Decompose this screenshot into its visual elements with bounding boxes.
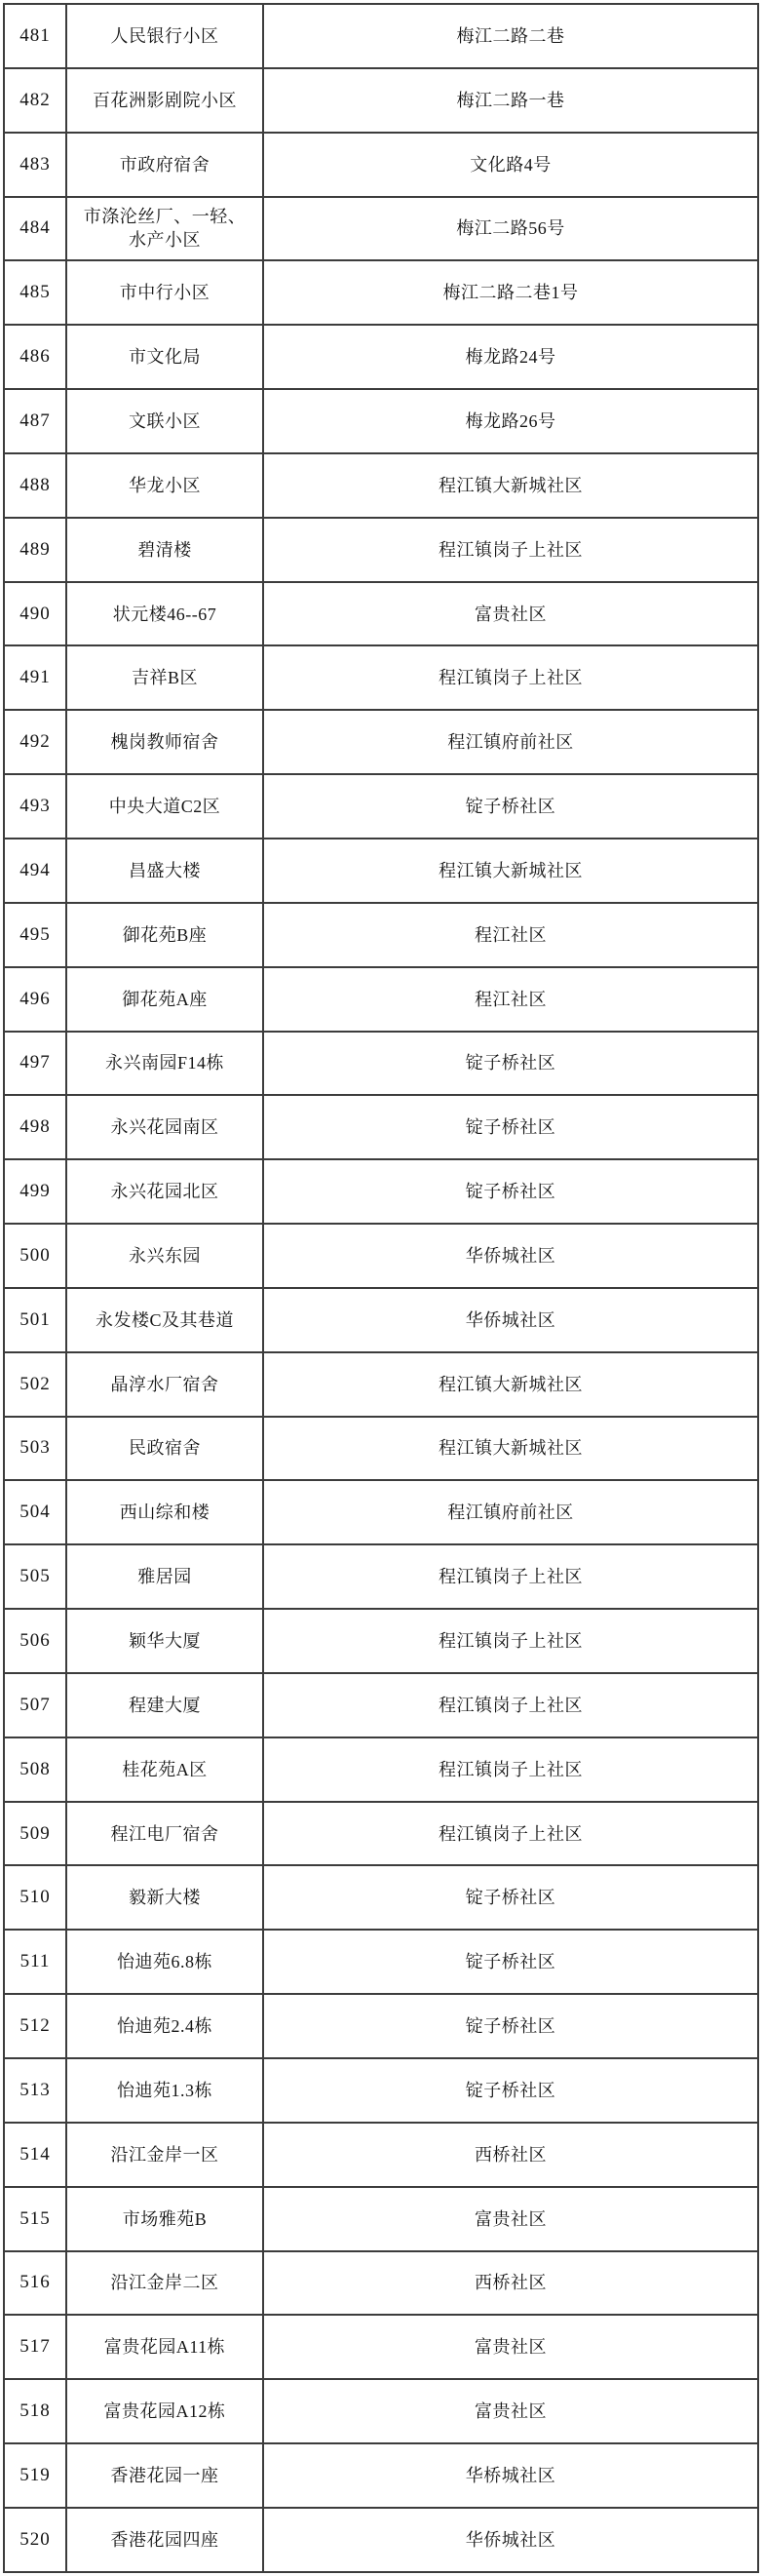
community-address: 华侨城社区	[466, 1308, 556, 1332]
table-row: 503 民政宿舍 程江镇大新城社区	[5, 1416, 757, 1480]
row-number: 508	[19, 1758, 51, 1781]
row-number-cell: 485	[5, 261, 67, 324]
table-row: 486 市文化局 梅龙路24号	[5, 324, 757, 388]
table-row: 514 沿江金岸一区 西桥社区	[5, 2122, 757, 2186]
row-number: 487	[19, 410, 51, 433]
row-number: 485	[19, 281, 51, 304]
community-name-cell: 槐岗教师宿舍	[67, 711, 264, 773]
community-name: 中央大道C2区	[109, 795, 221, 818]
community-address: 程江镇大新城社区	[439, 1373, 583, 1396]
community-name: 御花苑A座	[122, 988, 208, 1011]
community-name: 华龙小区	[129, 474, 201, 497]
row-number-cell: 490	[5, 583, 67, 645]
row-number-cell: 499	[5, 1160, 67, 1223]
community-address-cell: 富贵社区	[264, 2316, 757, 2378]
community-name-cell: 市文化局	[67, 326, 264, 388]
community-name: 香港花园四座	[111, 2528, 219, 2552]
row-number-cell: 497	[5, 1033, 67, 1095]
community-address: 程江镇岗子上社区	[439, 538, 583, 562]
row-number-cell: 488	[5, 454, 67, 517]
community-name: 市政府宿舍	[120, 153, 210, 176]
community-address-cell: 华桥城社区	[264, 2444, 757, 2507]
community-name: 市场雅苑B	[123, 2207, 208, 2231]
community-name-cell: 永兴东园	[67, 1225, 264, 1287]
row-number: 498	[19, 1115, 51, 1139]
community-name-cell: 永兴花园南区	[67, 1096, 264, 1158]
table-row: 492 槐岗教师宿舍 程江镇府前社区	[5, 709, 757, 773]
row-number: 500	[19, 1244, 51, 1268]
table-row: 481 人民银行小区 梅江二路二巷	[5, 5, 757, 67]
table-row: 484 市涤沦丝厂、一轻、水产小区 梅江二路56号	[5, 196, 757, 260]
row-number: 484	[19, 216, 51, 240]
community-name: 怡迪苑6.8栋	[117, 1950, 212, 1973]
community-address: 文化路4号	[470, 153, 552, 176]
community-address: 程江镇岗子上社区	[439, 1629, 583, 1653]
community-address: 富贵社区	[475, 2335, 547, 2359]
community-name: 雅居园	[137, 1565, 192, 1588]
row-number: 483	[19, 153, 51, 176]
community-name-cell: 市涤沦丝厂、一轻、水产小区	[67, 198, 264, 260]
community-name: 文联小区	[129, 410, 201, 433]
community-name-cell: 香港花园一座	[67, 2444, 264, 2507]
row-number-cell: 492	[5, 711, 67, 773]
community-address: 西桥社区	[475, 2143, 547, 2166]
community-name-cell: 毅新大楼	[67, 1866, 264, 1929]
row-number-cell: 508	[5, 1738, 67, 1801]
row-number-cell: 520	[5, 2509, 67, 2571]
community-address: 锭子桥社区	[466, 1115, 556, 1139]
community-address: 程江镇大新城社区	[439, 1436, 583, 1460]
row-number: 517	[19, 2335, 51, 2359]
table-row: 520 香港花园四座 华侨城社区	[5, 2507, 757, 2571]
table-row: 511 怡迪苑6.8栋 锭子桥社区	[5, 1929, 757, 1993]
community-address: 富贵社区	[475, 2400, 547, 2423]
community-address-cell: 锭子桥社区	[264, 1995, 757, 2057]
community-address: 华桥城社区	[466, 2464, 556, 2487]
community-name-cell: 怡迪苑6.8栋	[67, 1931, 264, 1993]
community-address-cell: 程江镇岗子上社区	[264, 1803, 757, 1865]
community-name-cell: 程江电厂宿舍	[67, 1803, 264, 1865]
row-number-cell: 518	[5, 2380, 67, 2442]
row-number: 499	[19, 1180, 51, 1203]
community-name: 市涤沦丝厂、一轻、水产小区	[79, 205, 250, 252]
row-number: 509	[19, 1822, 51, 1846]
community-address: 锭子桥社区	[466, 1886, 556, 1909]
community-name: 沿江金岸二区	[111, 2271, 219, 2294]
row-number: 481	[19, 24, 51, 48]
community-name: 永兴花园北区	[111, 1180, 219, 1203]
row-number-cell: 484	[5, 198, 67, 260]
community-address-cell: 程江镇府前社区	[264, 711, 757, 773]
table-row: 493 中央大道C2区 锭子桥社区	[5, 773, 757, 838]
community-address-cell: 锭子桥社区	[264, 2059, 757, 2122]
community-name: 永兴花园南区	[111, 1115, 219, 1139]
community-address: 梅江二路56号	[456, 216, 565, 240]
community-name-cell: 富贵花园A12栋	[67, 2380, 264, 2442]
community-address-cell: 梅江二路56号	[264, 198, 757, 260]
row-number-cell: 509	[5, 1803, 67, 1865]
community-address: 华侨城社区	[466, 2528, 556, 2552]
table-row: 507 程建大厦 程江镇岗子上社区	[5, 1672, 757, 1737]
community-name: 状元楼46--67	[113, 603, 217, 626]
row-number: 503	[19, 1436, 51, 1460]
row-number-cell: 483	[5, 134, 67, 196]
row-number-cell: 486	[5, 326, 67, 388]
community-address-cell: 程江镇大新城社区	[264, 1418, 757, 1480]
community-name-cell: 人民银行小区	[67, 5, 264, 67]
community-name-cell: 沿江金岸二区	[67, 2252, 264, 2315]
table-row: 504 西山综和楼 程江镇府前社区	[5, 1479, 757, 1543]
community-address-cell: 文化路4号	[264, 134, 757, 196]
community-address-cell: 梅江二路二巷1号	[264, 261, 757, 324]
community-name: 永发楼C及其巷道	[95, 1308, 234, 1332]
table-row: 487 文联小区 梅龙路26号	[5, 388, 757, 452]
table-row: 509 程江电厂宿舍 程江镇岗子上社区	[5, 1801, 757, 1865]
community-name-cell: 颖华大厦	[67, 1610, 264, 1672]
community-address: 程江镇岗子上社区	[439, 1822, 583, 1846]
row-number: 510	[19, 1886, 51, 1909]
row-number-cell: 502	[5, 1353, 67, 1416]
community-address: 富贵社区	[475, 603, 547, 626]
community-address-cell: 锭子桥社区	[264, 1931, 757, 1993]
community-address-cell: 西桥社区	[264, 2124, 757, 2186]
community-address-cell: 锭子桥社区	[264, 1866, 757, 1929]
community-address: 梅龙路24号	[466, 345, 556, 369]
community-address: 程江社区	[475, 923, 547, 947]
row-number: 492	[19, 730, 51, 754]
community-address: 程江镇岗子上社区	[439, 1565, 583, 1588]
community-address: 梅江二路二巷	[457, 24, 565, 48]
community-name-cell: 市政府宿舍	[67, 134, 264, 196]
row-number-cell: 503	[5, 1418, 67, 1480]
community-address-cell: 程江社区	[264, 968, 757, 1031]
row-number: 497	[19, 1051, 51, 1074]
community-name-cell: 中央大道C2区	[67, 775, 264, 838]
row-number-cell: 515	[5, 2188, 67, 2250]
row-number-cell: 519	[5, 2444, 67, 2507]
row-number: 495	[19, 923, 51, 947]
community-name: 槐岗教师宿舍	[111, 730, 219, 754]
community-address-cell: 程江镇大新城社区	[264, 839, 757, 902]
row-number: 491	[19, 666, 51, 689]
row-number: 488	[19, 474, 51, 497]
community-name-cell: 吉祥B区	[67, 646, 264, 709]
table-row: 488 华龙小区 程江镇大新城社区	[5, 452, 757, 517]
community-address-cell: 梅龙路24号	[264, 326, 757, 388]
community-name: 人民银行小区	[111, 24, 219, 48]
row-number-cell: 511	[5, 1931, 67, 1993]
row-number-cell: 514	[5, 2124, 67, 2186]
community-address: 锭子桥社区	[466, 1051, 556, 1074]
community-address-cell: 富贵社区	[264, 2380, 757, 2442]
table-row: 506 颖华大厦 程江镇岗子上社区	[5, 1608, 757, 1672]
community-address-cell: 华侨城社区	[264, 2509, 757, 2571]
table-row: 510 毅新大楼 锭子桥社区	[5, 1864, 757, 1929]
table-row: 490 状元楼46--67 富贵社区	[5, 581, 757, 645]
row-number: 502	[19, 1373, 51, 1396]
community-address: 梅龙路26号	[466, 410, 556, 433]
table-row: 512 怡迪苑2.4栋 锭子桥社区	[5, 1993, 757, 2057]
community-name: 程建大厦	[129, 1694, 201, 1717]
community-address-cell: 程江镇岗子上社区	[264, 1738, 757, 1801]
community-name: 沿江金岸一区	[111, 2143, 219, 2166]
community-address-cell: 程江镇岗子上社区	[264, 646, 757, 709]
community-name: 香港花园一座	[111, 2464, 219, 2487]
table-row: 497 永兴南园F14栋 锭子桥社区	[5, 1031, 757, 1095]
row-number-cell: 504	[5, 1481, 67, 1543]
community-name-cell: 香港花园四座	[67, 2509, 264, 2571]
community-name-cell: 市中行小区	[67, 261, 264, 324]
community-name-cell: 文联小区	[67, 390, 264, 452]
community-name-cell: 永兴花园北区	[67, 1160, 264, 1223]
table-row: 499 永兴花园北区 锭子桥社区	[5, 1158, 757, 1223]
community-address: 程江镇岗子上社区	[439, 666, 583, 689]
community-name-cell: 桂花苑A区	[67, 1738, 264, 1801]
table-row: 494 昌盛大楼 程江镇大新城社区	[5, 838, 757, 902]
row-number: 482	[19, 89, 51, 112]
row-number: 520	[19, 2528, 51, 2552]
community-name: 怡迪苑2.4栋	[117, 2014, 212, 2038]
table-row: 495 御花苑B座 程江社区	[5, 902, 757, 966]
row-number-cell: 507	[5, 1674, 67, 1737]
community-address-cell: 程江社区	[264, 904, 757, 966]
community-address-cell: 程江镇岗子上社区	[264, 1610, 757, 1672]
table-row: 489 碧清楼 程江镇岗子上社区	[5, 517, 757, 581]
community-address: 梅江二路一巷	[457, 89, 565, 112]
community-address: 锭子桥社区	[466, 2079, 556, 2102]
table-row: 483 市政府宿舍 文化路4号	[5, 132, 757, 196]
community-address: 程江镇府前社区	[447, 730, 574, 754]
community-name-cell: 富贵花园A11栋	[67, 2316, 264, 2378]
community-address-cell: 富贵社区	[264, 2188, 757, 2250]
row-number: 496	[19, 988, 51, 1011]
table-row: 508 桂花苑A区 程江镇岗子上社区	[5, 1737, 757, 1801]
community-address-cell: 梅江二路二巷	[264, 5, 757, 67]
community-name: 颖华大厦	[129, 1629, 201, 1653]
table-row: 505 雅居园 程江镇岗子上社区	[5, 1543, 757, 1608]
community-name: 碧清楼	[137, 538, 192, 562]
community-name: 吉祥B区	[132, 666, 198, 689]
row-number: 513	[19, 2079, 51, 2102]
row-number-cell: 510	[5, 1866, 67, 1929]
row-number: 511	[20, 1950, 51, 1973]
community-address-cell: 程江镇大新城社区	[264, 454, 757, 517]
community-address-cell: 程江镇大新城社区	[264, 1353, 757, 1416]
row-number-cell: 512	[5, 1995, 67, 2057]
row-number: 493	[19, 795, 51, 818]
row-number-cell: 517	[5, 2316, 67, 2378]
community-name: 怡迪苑1.3栋	[117, 2079, 212, 2102]
row-number-cell: 495	[5, 904, 67, 966]
community-address-cell: 富贵社区	[264, 583, 757, 645]
community-address-cell: 程江镇府前社区	[264, 1481, 757, 1543]
row-number-cell: 491	[5, 646, 67, 709]
row-number-cell: 494	[5, 839, 67, 902]
community-name: 御花苑B座	[123, 923, 208, 947]
community-name: 昌盛大楼	[129, 859, 201, 882]
community-name-cell: 碧清楼	[67, 519, 264, 581]
community-address: 程江社区	[475, 988, 547, 1011]
community-name: 民政宿舍	[129, 1436, 201, 1460]
community-name-cell: 市场雅苑B	[67, 2188, 264, 2250]
community-address-cell: 程江镇岗子上社区	[264, 1674, 757, 1737]
row-number-cell: 489	[5, 519, 67, 581]
community-name-cell: 状元楼46--67	[67, 583, 264, 645]
table-row: 482 百花洲影剧院小区 梅江二路一巷	[5, 67, 757, 132]
row-number-cell: 496	[5, 968, 67, 1031]
community-name: 富贵花园A12栋	[104, 2400, 226, 2423]
table-row: 502 晶淳水厂宿舍 程江镇大新城社区	[5, 1351, 757, 1416]
row-number-cell: 481	[5, 5, 67, 67]
community-address: 西桥社区	[475, 2271, 547, 2294]
community-address-cell: 锭子桥社区	[264, 1160, 757, 1223]
community-name: 晶淳水厂宿舍	[111, 1373, 219, 1396]
community-name: 西山综和楼	[120, 1501, 210, 1524]
community-name-cell: 西山综和楼	[67, 1481, 264, 1543]
community-address-cell: 西桥社区	[264, 2252, 757, 2315]
community-name-cell: 怡迪苑2.4栋	[67, 1995, 264, 2057]
community-name-cell: 百花洲影剧院小区	[67, 69, 264, 132]
community-name-cell: 御花苑B座	[67, 904, 264, 966]
community-name: 市文化局	[129, 345, 201, 369]
row-number: 514	[19, 2143, 51, 2166]
community-name-cell: 永发楼C及其巷道	[67, 1289, 264, 1351]
row-number-cell: 498	[5, 1096, 67, 1158]
community-name: 永兴东园	[129, 1244, 201, 1268]
table-row: 519 香港花园一座 华桥城社区	[5, 2442, 757, 2507]
community-name: 市中行小区	[120, 281, 210, 304]
row-number: 519	[19, 2464, 51, 2487]
community-name-cell: 永兴南园F14栋	[67, 1033, 264, 1095]
community-address: 梅江二路二巷1号	[443, 281, 579, 304]
row-number: 505	[19, 1565, 51, 1588]
row-number: 512	[19, 2014, 51, 2038]
row-number: 506	[19, 1629, 51, 1653]
community-name-cell: 民政宿舍	[67, 1418, 264, 1480]
community-address: 锭子桥社区	[466, 795, 556, 818]
community-name-cell: 御花苑A座	[67, 968, 264, 1031]
row-number: 515	[19, 2207, 51, 2231]
community-name-cell: 晶淳水厂宿舍	[67, 1353, 264, 1416]
community-address-cell: 华侨城社区	[264, 1225, 757, 1287]
residential-communities-table: 481 人民银行小区 梅江二路二巷 482 百花洲影剧院小区 梅江二路一巷 48…	[3, 3, 759, 2573]
row-number: 486	[19, 345, 51, 369]
table-row: 491 吉祥B区 程江镇岗子上社区	[5, 644, 757, 709]
row-number: 516	[19, 2271, 51, 2294]
community-address: 富贵社区	[475, 2207, 547, 2231]
community-name-cell: 昌盛大楼	[67, 839, 264, 902]
community-address: 程江镇岗子上社区	[439, 1758, 583, 1781]
table-row: 513 怡迪苑1.3栋 锭子桥社区	[5, 2057, 757, 2122]
community-address: 锭子桥社区	[466, 1180, 556, 1203]
community-name: 程江电厂宿舍	[111, 1822, 219, 1846]
table-row: 501 永发楼C及其巷道 华侨城社区	[5, 1287, 757, 1351]
community-name-cell: 程建大厦	[67, 1674, 264, 1737]
community-address-cell: 锭子桥社区	[264, 775, 757, 838]
community-address-cell: 梅龙路26号	[264, 390, 757, 452]
community-address-cell: 程江镇岗子上社区	[264, 1545, 757, 1608]
community-address: 程江镇岗子上社区	[439, 1694, 583, 1717]
row-number: 504	[19, 1501, 51, 1524]
community-address: 程江镇府前社区	[447, 1501, 574, 1524]
community-name-cell: 雅居园	[67, 1545, 264, 1608]
row-number-cell: 513	[5, 2059, 67, 2122]
table-row: 515 市场雅苑B 富贵社区	[5, 2186, 757, 2250]
row-number: 501	[19, 1308, 51, 1332]
community-address-cell: 程江镇岗子上社区	[264, 519, 757, 581]
row-number-cell: 501	[5, 1289, 67, 1351]
row-number-cell: 482	[5, 69, 67, 132]
row-number-cell: 487	[5, 390, 67, 452]
community-name-cell: 怡迪苑1.3栋	[67, 2059, 264, 2122]
table-row: 500 永兴东园 华侨城社区	[5, 1223, 757, 1287]
row-number-cell: 500	[5, 1225, 67, 1287]
row-number: 490	[19, 603, 51, 626]
row-number: 518	[19, 2400, 51, 2423]
community-name-cell: 沿江金岸一区	[67, 2124, 264, 2186]
row-number: 507	[19, 1694, 51, 1717]
table-row: 518 富贵花园A12栋 富贵社区	[5, 2378, 757, 2442]
row-number: 489	[19, 538, 51, 562]
community-name: 桂花苑A区	[122, 1758, 208, 1781]
community-name-cell: 华龙小区	[67, 454, 264, 517]
community-name: 永兴南园F14栋	[105, 1051, 224, 1074]
row-number-cell: 506	[5, 1610, 67, 1672]
table-row: 517 富贵花园A11栋 富贵社区	[5, 2314, 757, 2378]
community-address: 华侨城社区	[466, 1244, 556, 1268]
community-address: 锭子桥社区	[466, 1950, 556, 1973]
table-row: 485 市中行小区 梅江二路二巷1号	[5, 259, 757, 324]
community-name: 百花洲影剧院小区	[93, 89, 237, 112]
community-address-cell: 华侨城社区	[264, 1289, 757, 1351]
community-address-cell: 锭子桥社区	[264, 1033, 757, 1095]
community-name: 富贵花园A11栋	[104, 2335, 225, 2359]
community-address: 锭子桥社区	[466, 2014, 556, 2038]
community-address: 程江镇大新城社区	[439, 474, 583, 497]
row-number-cell: 516	[5, 2252, 67, 2315]
table-row: 516 沿江金岸二区 西桥社区	[5, 2250, 757, 2315]
table-row: 498 永兴花园南区 锭子桥社区	[5, 1094, 757, 1158]
row-number: 494	[19, 859, 51, 882]
community-address: 程江镇大新城社区	[439, 859, 583, 882]
community-address-cell: 梅江二路一巷	[264, 69, 757, 132]
row-number-cell: 493	[5, 775, 67, 838]
row-number-cell: 505	[5, 1545, 67, 1608]
community-name: 毅新大楼	[129, 1886, 201, 1909]
community-address-cell: 锭子桥社区	[264, 1096, 757, 1158]
table-row: 496 御花苑A座 程江社区	[5, 966, 757, 1031]
